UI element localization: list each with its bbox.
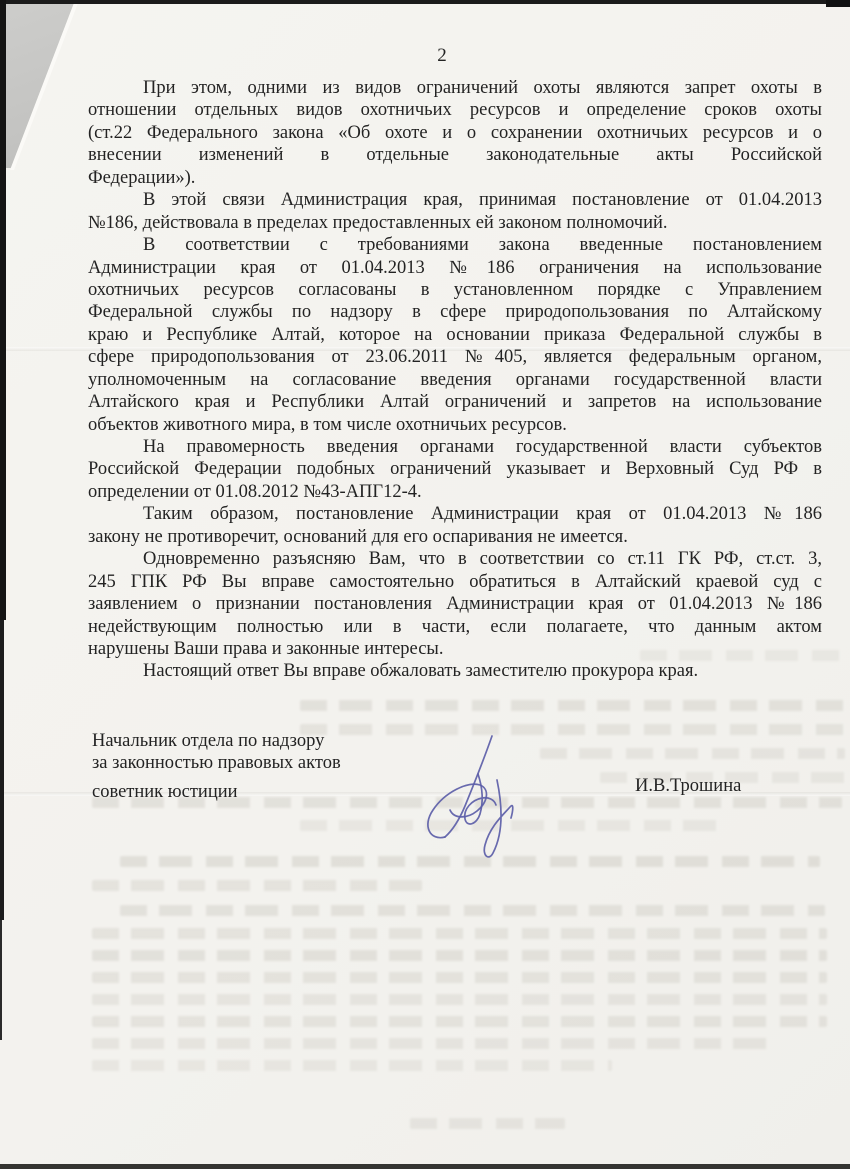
text-line: заявлением о признании постановления Адм… <box>88 593 822 615</box>
text-line: нарушены Ваши права и законные интересы. <box>88 638 822 660</box>
text-line: Алтайского края и Республики Алтай огран… <box>88 391 822 413</box>
text-line: уполномоченным на согласование введения … <box>88 369 822 391</box>
bleed-through-line <box>540 748 845 759</box>
signer-rank: советник юстиции <box>92 782 238 803</box>
text-line: Российской Федерации подобных ограничени… <box>88 458 822 480</box>
text-line: Таким образом, постановление Администрац… <box>88 503 822 525</box>
bleed-through-line <box>300 700 845 711</box>
scanned-document-page: 2 При этом, одними из видов ограничений … <box>0 0 850 1169</box>
paragraph: Настоящий ответ Вы вправе обжаловать зам… <box>88 660 822 682</box>
text-line: В соответствии с требованиями закона вве… <box>88 234 822 256</box>
scanner-edge-bottom <box>0 1164 850 1169</box>
bleed-through-line <box>92 1016 827 1027</box>
signature-ink <box>412 722 542 864</box>
scanner-edge-corner <box>826 0 850 7</box>
paragraph: Таким образом, постановление Администрац… <box>88 503 822 548</box>
text-line: (ст.22 Федерального закона «Об охоте и о… <box>88 122 822 144</box>
bleed-through-line <box>92 1038 772 1049</box>
text-line: Федерации»). <box>88 167 822 189</box>
text-line: №186, действовала в пределах предоставле… <box>88 212 822 234</box>
bleed-through-line <box>92 1060 612 1071</box>
signer-position-line-2: за законностью правовых актов <box>92 753 341 774</box>
scanner-edge-left <box>0 0 6 620</box>
scanner-edge-top <box>0 0 850 4</box>
text-line: На правомерность введения органами госуд… <box>88 436 822 458</box>
body-text: При этом, одними из видов ограничений ох… <box>88 77 822 683</box>
text-line: В этой связи Администрация края, принима… <box>88 189 822 211</box>
bleed-through-line <box>92 880 422 891</box>
text-line: охотничьих ресурсов согласованы в устано… <box>88 279 822 301</box>
text-line: При этом, одними из видов ограничений ох… <box>88 77 822 99</box>
bleed-through-line <box>300 724 845 735</box>
signer-name: И.В.Трошина <box>635 776 741 797</box>
text-line: внесении изменений в отдельные законодат… <box>88 144 822 166</box>
bleed-through-line <box>92 972 827 983</box>
text-line: Администрации края от 01.04.2013 №186 ог… <box>88 257 822 279</box>
text-line: сфере природопользования от 23.06.2011 №… <box>88 346 822 368</box>
text-line: недействующим полностью или в части, есл… <box>88 616 822 638</box>
text-line: определении от 01.08.2012 №43-АПГ12-4. <box>88 481 822 503</box>
bleed-through-line <box>120 905 825 916</box>
bleed-through-line <box>92 950 827 961</box>
paragraph: В этой связи Администрация края, принима… <box>88 189 822 234</box>
text-line: 245 ГПК РФ Вы вправе самостоятельно обра… <box>88 571 822 593</box>
paragraph: Одновременно разъясняю Вам, что в соотве… <box>88 548 822 660</box>
bleed-through-line <box>410 1118 565 1129</box>
text-line: отношении отдельных видов охотничьих рес… <box>88 99 822 121</box>
bleed-through-line <box>92 928 827 939</box>
scanner-edge-left <box>0 620 4 920</box>
bleed-through-line <box>92 994 827 1005</box>
text-line: Федеральной службы по надзору в сфере пр… <box>88 301 822 323</box>
scanner-edge-left <box>0 920 2 1040</box>
text-line: закону не противоречит, оснований для ег… <box>88 526 822 548</box>
paragraph: В соответствии с требованиями закона вве… <box>88 234 822 436</box>
text-line: объектов животного мира, в том числе охо… <box>88 414 822 436</box>
paragraph: При этом, одними из видов ограничений ох… <box>88 77 822 189</box>
text-line: краю и Республике Алтай, которое на осно… <box>88 324 822 346</box>
text-line: Одновременно разъясняю Вам, что в соотве… <box>88 548 822 570</box>
page-number: 2 <box>430 45 454 67</box>
text-line: Настоящий ответ Вы вправе обжаловать зам… <box>88 660 822 682</box>
signer-position-line-1: Начальник отдела по надзору <box>92 731 324 752</box>
paragraph: На правомерность введения органами госуд… <box>88 436 822 503</box>
